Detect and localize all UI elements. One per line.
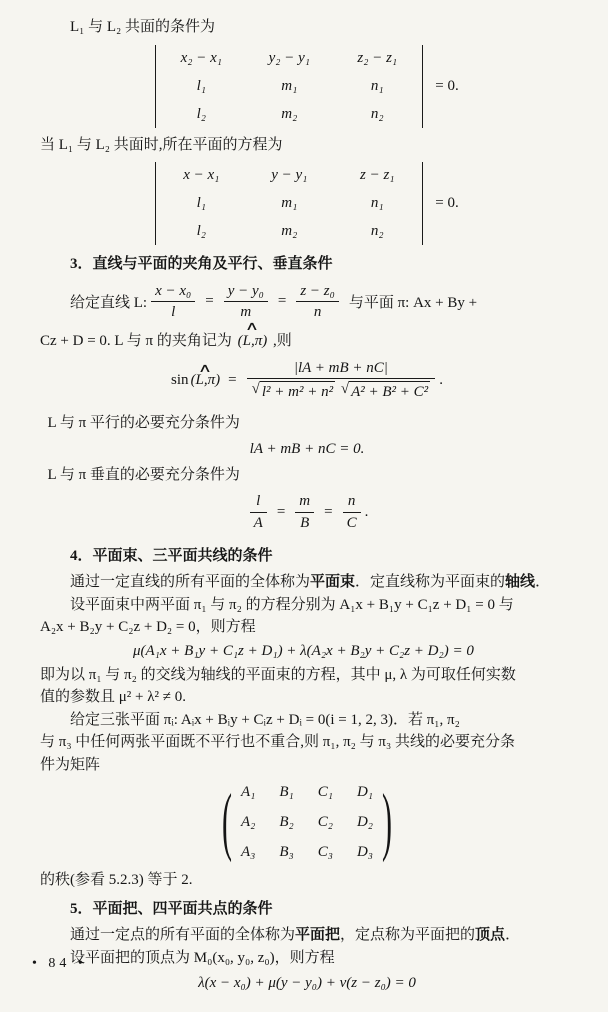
- two-planes-equations-line-2: A₂x + B₂y + C₂z + D₂ = 0，则方程: [40, 616, 574, 639]
- right-parenthesis: ): [381, 784, 393, 861]
- bundle-of-planes-definition: 通过一定点的所有平面的全体称为平面把，定点称为平面把的顶点．: [40, 924, 574, 947]
- det-cell: l₂: [197, 106, 206, 123]
- fraction-m-B: m B: [295, 492, 314, 533]
- parallel-condition-line: L 与 π 平行的必要充分条件为: [40, 412, 574, 435]
- fraction-x-numerator: x − x₀: [151, 282, 195, 303]
- matrix-cell: D₃: [357, 844, 373, 861]
- term-bundle-of-planes: 平面把: [295, 927, 340, 943]
- coplanar-plane-equation-text: 当 L₁ 与 L₂ 共面时,所在平面的方程为: [40, 137, 283, 153]
- two-planes-text-continued: A₂x + B₂y + C₂z + D₂ = 0，则方程: [40, 619, 256, 635]
- denominator: A: [250, 513, 267, 533]
- det-cell: y₂ − y₁: [269, 50, 310, 67]
- numerator: l: [250, 492, 267, 513]
- det-cell: n₂: [371, 223, 384, 240]
- det-cell: m₂: [281, 223, 297, 240]
- matrix-cell: C₁: [318, 784, 333, 801]
- determinant-2-rhs: = 0.: [435, 195, 458, 212]
- parallel-condition-text: L 与 π 平行的必要充分条件为: [48, 415, 240, 431]
- section-4-heading-text: 4．平面束、三平面共线的条件: [70, 548, 273, 564]
- matrix-cell: B₃: [279, 844, 293, 861]
- hat-accent: ∧: [245, 320, 259, 332]
- given-line-prefix: 给定直线 L:: [70, 291, 147, 312]
- bundle-equation: λ(x − x₀) + μ(y − y₀) + ν(z − z₀) = 0: [40, 975, 574, 992]
- coplanar-condition-line: L₁ 与 L₂ 共面的条件为: [40, 16, 574, 39]
- matrix-rank-text: 的秩(参看 5.2.3) 等于 2.: [40, 872, 193, 888]
- section-3-heading: 3．直线与平面的夹角及平行、垂直条件: [40, 253, 574, 276]
- angle-expression: ∧(L,π): [238, 330, 268, 353]
- definition-text: ，定点称为平面把的: [340, 927, 475, 943]
- determinant-2-block: x − x₁ y − y₁ z − z₁ l₁ m₁ n₁ l₂ m₂ n₂ =…: [40, 162, 574, 245]
- definition-text: ．: [505, 927, 520, 943]
- bundle-vertex-text: 设平面把的顶点为 M₀(x₀, y₀, z₀)，则方程: [70, 950, 335, 966]
- three-planes-text-continued: 与 π₃ 中任何两张平面既不平行也不重合,则 π₁, π₂ 与 π₃ 共线的必要…: [40, 734, 515, 750]
- hat-accent: ∧: [198, 362, 212, 374]
- coefficient-matrix-grid: A₁ B₁ C₁ D₁ A₂ B₂ C₂ D₂ A₃ B₃ C₃ D₃: [233, 782, 381, 863]
- matrix-rank-line: 的秩(参看 5.2.3) 等于 2.: [40, 869, 574, 892]
- determinant-2: x − x₁ y − y₁ z − z₁ l₁ m₁ n₁ l₂ m₂ n₂ =…: [155, 162, 458, 245]
- det-cell: m₁: [281, 78, 297, 95]
- sqrt-normal-vector: √A² + B² + C²: [341, 381, 430, 402]
- scanned-textbook-page: L₁ 与 L₂ 共面的条件为 x₂ − x₁ y₂ − y₁ z₂ − z₁ l…: [0, 0, 608, 1012]
- determinant-1-block: x₂ − x₁ y₂ − y₁ z₂ − z₁ l₁ m₁ n₁ l₂ m₂ n…: [40, 45, 574, 128]
- sine-denominator: √l² + m² + n² √A² + B² + C²: [247, 379, 436, 402]
- pencil-explanation-line-1: 即为以 π₁ 与 π₂ 的交线为轴线的平面束的方程，其中 μ, λ 为可取任何实…: [40, 664, 574, 687]
- page-number-text: • 84 •: [32, 956, 87, 971]
- equals-sign: =: [324, 504, 332, 521]
- pencil-of-planes-definition: 通过一定直线的所有平面的全体称为平面束．定直线称为平面束的轴线．: [40, 571, 574, 594]
- matrix-cell: D₁: [357, 784, 373, 801]
- definition-text: 通过一定点的所有平面的全体称为: [70, 927, 295, 943]
- perpendicular-condition-line: L 与 π 垂直的必要充分条件为: [40, 464, 574, 487]
- sin-function-label: sin: [171, 372, 189, 389]
- equals-sign: =: [228, 372, 236, 389]
- fraction-n-C: n C: [343, 492, 361, 533]
- section-5-heading: 5．平面把、四平面共点的条件: [40, 898, 574, 921]
- sin-angle-expression: ∧(L,π): [191, 372, 221, 389]
- coefficient-matrix-block: ( A₁ B₁ C₁ D₁ A₂ B₂ C₂ D₂ A₃ B₃ C₃ D₃ ): [40, 782, 574, 863]
- section-3-heading-text: 3．直线与平面的夹角及平行、垂直条件: [70, 256, 333, 272]
- coefficient-matrix: ( A₁ B₁ C₁ D₁ A₂ B₂ C₂ D₂ A₃ B₃ C₃ D₃ ): [221, 782, 393, 863]
- matrix-cell: C₂: [318, 814, 333, 831]
- page-number: • 84 •: [32, 956, 87, 972]
- sine-formula-block: sin ∧(L,π) = |lA + mB + nC| √l² + m² + n…: [40, 359, 574, 403]
- three-planes-text: 给定三张平面 πᵢ: Aᵢx + Bᵢy + Cᵢz + Dᵢ = 0(i = …: [70, 712, 460, 728]
- denominator: B: [295, 513, 314, 533]
- sine-numerator: |lA + mB + nC|: [247, 359, 436, 380]
- term-pencil-of-planes: 平面束: [310, 574, 355, 590]
- fraction-x-denominator: l: [151, 302, 195, 322]
- determinant-1-rhs: = 0.: [435, 78, 458, 95]
- definition-text: ．定直线称为平面束的: [355, 574, 505, 590]
- parallel-condition-equation: lA + mB + nC = 0.: [40, 441, 574, 458]
- pencil-equation-text: μ(A₁x + B₁y + C₁z + D₁) + λ(A₂x + B₂y + …: [133, 643, 474, 660]
- determinant-1: x₂ − x₁ y₂ − y₁ z₂ − z₁ l₁ m₁ n₁ l₂ m₂ n…: [155, 45, 458, 128]
- coplanar-plane-equation-line: 当 L₁ 与 L₂ 共面时,所在平面的方程为: [40, 134, 574, 157]
- radicand: l² + m² + n²: [260, 381, 335, 402]
- det-cell: l₁: [197, 195, 206, 212]
- two-planes-text: 设平面束中两平面 π₁ 与 π₂ 的方程分别为 A₁x + B₁y + C₁z …: [70, 597, 514, 613]
- section-5-heading-text: 5．平面把、四平面共点的条件: [70, 901, 273, 917]
- matrix-cell: C₃: [318, 844, 333, 861]
- angle-notation-pre: Cz + D = 0. L 与 π 的夹角记为: [40, 333, 232, 349]
- det-cell: n₂: [371, 106, 384, 123]
- equals-sign: =: [278, 293, 286, 310]
- angle-notation-post: ,则: [273, 333, 292, 349]
- det-cell: m₁: [281, 195, 297, 212]
- det-cell: z₂ − z₁: [357, 50, 397, 67]
- determinant-1-grid: x₂ − x₁ y₂ − y₁ z₂ − z₁ l₁ m₁ n₁ l₂ m₂ n…: [155, 45, 423, 128]
- fraction-y: y − y₀ m: [224, 282, 268, 323]
- two-planes-equations-line-1: 设平面束中两平面 π₁ 与 π₂ 的方程分别为 A₁x + B₁y + C₁z …: [40, 594, 574, 617]
- three-planes-line-2: 与 π₃ 中任何两张平面既不平行也不重合,则 π₁, π₂ 与 π₃ 共线的必要…: [40, 731, 574, 754]
- perpendicular-condition-equation: l A = m B = n C .: [40, 492, 574, 533]
- matrix-cell: D₂: [357, 814, 373, 831]
- matrix-intro-text: 件为矩阵: [40, 757, 100, 773]
- formula-period: .: [439, 372, 443, 389]
- definition-text: 通过一定直线的所有平面的全体称为: [70, 574, 310, 590]
- pencil-equation: μ(A₁x + B₁y + C₁z + D₁) + λ(A₂x + B₂y + …: [40, 643, 574, 660]
- perpendicular-condition-text: L 与 π 垂直的必要充分条件为: [48, 467, 240, 483]
- angle-notation-line: Cz + D = 0. L 与 π 的夹角记为 ∧(L,π) ,则: [40, 330, 574, 353]
- fraction-z: z − z₀ n: [296, 282, 339, 323]
- section-4-heading: 4．平面束、三平面共线的条件: [40, 545, 574, 568]
- coplanar-condition-text: L₁ 与 L₂ 共面的条件为: [70, 19, 215, 35]
- matrix-cell: A₁: [241, 784, 255, 801]
- det-cell: y − y₁: [271, 167, 307, 184]
- det-cell: x₂ − x₁: [181, 50, 222, 67]
- left-parenthesis: (: [221, 784, 233, 861]
- det-cell: z − z₁: [360, 167, 395, 184]
- det-cell: m₂: [281, 106, 297, 123]
- bundle-equation-text: λ(x − x₀) + μ(y − y₀) + ν(z − z₀) = 0: [198, 975, 416, 992]
- matrix-cell: A₃: [241, 844, 255, 861]
- sine-fraction: |lA + mB + nC| √l² + m² + n² √A² + B² + …: [247, 359, 436, 403]
- fraction-l-A: l A: [250, 492, 267, 533]
- definition-text: ．: [535, 574, 550, 590]
- det-cell: l₁: [197, 78, 206, 95]
- det-cell: x − x₁: [183, 167, 219, 184]
- matrix-cell: A₂: [241, 814, 255, 831]
- fraction-z-denominator: n: [296, 302, 339, 322]
- term-axis-line: 轴线: [505, 574, 535, 590]
- sqrt-direction-vector: √l² + m² + n²: [252, 381, 335, 402]
- det-cell: n₁: [371, 78, 384, 95]
- given-plane-suffix: 与平面 π: Ax + By +: [349, 291, 477, 312]
- angle-expression-text: (L,π): [238, 333, 268, 349]
- pencil-explanation-text: 即为以 π₁ 与 π₂ 的交线为轴线的平面束的方程，其中 μ, λ 为可取任何实…: [40, 667, 516, 683]
- det-cell: n₁: [371, 195, 384, 212]
- numerator: n: [343, 492, 361, 513]
- fraction-y-numerator: y − y₀: [224, 282, 268, 303]
- bundle-vertex-line: 设平面把的顶点为 M₀(x₀, y₀, z₀)，则方程: [40, 947, 574, 970]
- equals-sign: =: [205, 293, 213, 310]
- matrix-cell: B₂: [279, 814, 293, 831]
- term-vertex: 顶点: [475, 927, 505, 943]
- pencil-explanation-text-continued: 值的参数且 μ² + λ² ≠ 0.: [40, 689, 186, 705]
- fraction-x: x − x₀ l: [151, 282, 195, 323]
- line-definition-paragraph: 给定直线 L: x − x₀ l = y − y₀ m = z − z₀ n 与…: [40, 282, 574, 323]
- formula-period: .: [365, 504, 369, 521]
- radical-sign: √: [341, 381, 349, 398]
- denominator: C: [343, 513, 361, 533]
- determinant-2-grid: x − x₁ y − y₁ z − z₁ l₁ m₁ n₁ l₂ m₂ n₂: [155, 162, 423, 245]
- fraction-z-numerator: z − z₀: [296, 282, 339, 303]
- equals-sign: =: [277, 504, 285, 521]
- radical-sign: √: [252, 381, 260, 398]
- three-planes-line-1: 给定三张平面 πᵢ: Aᵢx + Bᵢy + Cᵢz + Dᵢ = 0(i = …: [40, 709, 574, 732]
- parallel-equation-text: lA + mB + nC = 0.: [250, 441, 365, 458]
- radicand: A² + B² + C²: [349, 381, 430, 402]
- numerator: m: [295, 492, 314, 513]
- three-planes-line-3: 件为矩阵: [40, 754, 574, 777]
- det-cell: l₂: [197, 223, 206, 240]
- matrix-cell: B₁: [279, 784, 293, 801]
- pencil-explanation-line-2: 值的参数且 μ² + λ² ≠ 0.: [40, 686, 574, 709]
